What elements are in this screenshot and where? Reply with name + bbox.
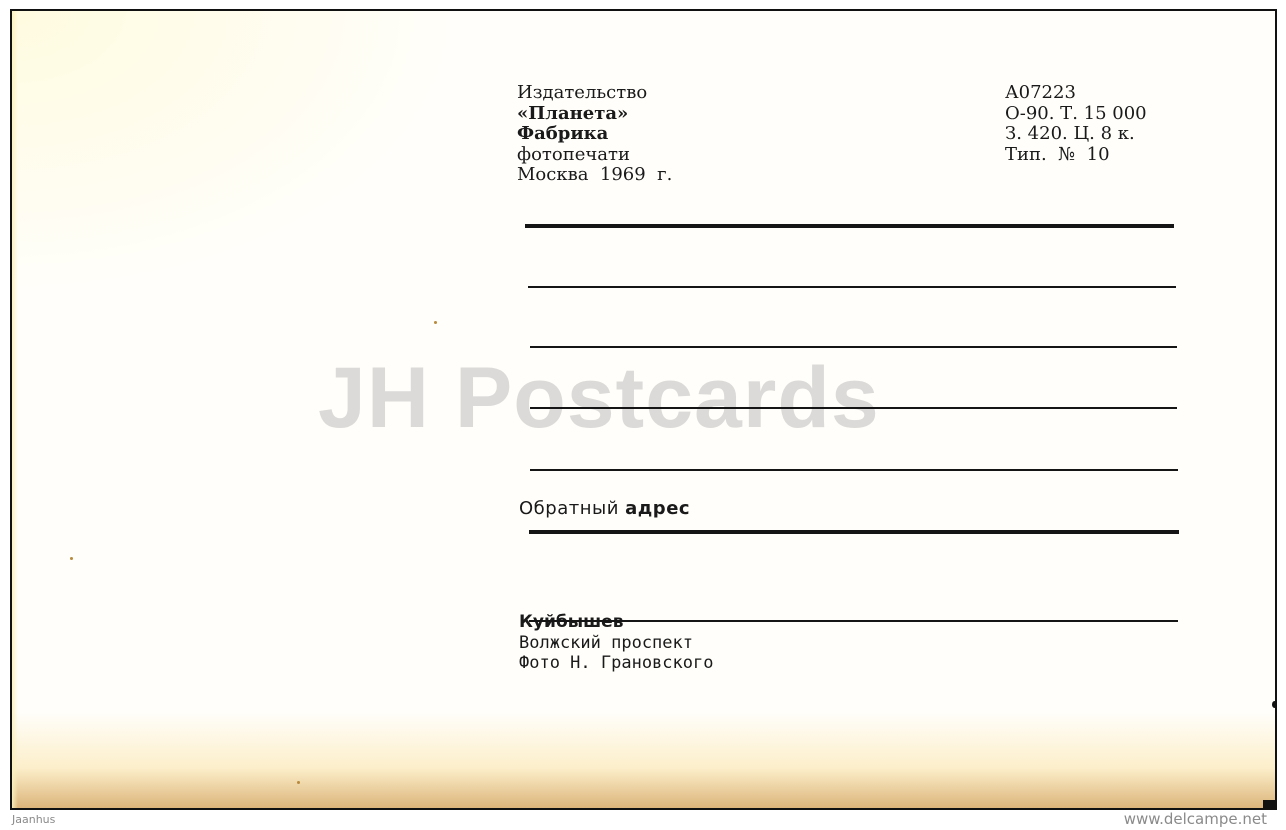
publisher-name: «Планета» bbox=[517, 104, 672, 125]
return-address-line bbox=[529, 530, 1179, 534]
paper-speck bbox=[1272, 701, 1277, 708]
return-address-label-regular: Обратный bbox=[519, 498, 619, 519]
paper-speck bbox=[434, 321, 437, 324]
paper-speck bbox=[70, 557, 73, 560]
address-line bbox=[530, 469, 1178, 471]
watermark: JH Postcards bbox=[318, 355, 880, 441]
return-address-label-bold: адрес bbox=[625, 498, 690, 519]
corner-mark bbox=[1263, 800, 1277, 810]
publisher-info: Издательство «Планета» Фабрика фотопечат… bbox=[517, 83, 672, 186]
return-address-label: Обратный адрес bbox=[519, 498, 690, 519]
publisher-line: Издательство bbox=[517, 83, 672, 104]
code-line: А07223 bbox=[1005, 83, 1147, 104]
address-line bbox=[530, 407, 1177, 409]
caption-street: Волжский проспект bbox=[519, 633, 713, 654]
caption-photo-credit: Фото Н. Грановского bbox=[519, 653, 713, 674]
code-line: О-90. Т. 15 000 bbox=[1005, 104, 1147, 125]
publisher-city-year: Москва 1969 г. bbox=[517, 165, 672, 186]
seller-name: Jaanhus bbox=[12, 813, 55, 826]
publisher-line: фотопечати bbox=[517, 145, 672, 166]
caption-city: Куйбышев bbox=[519, 612, 713, 633]
address-line-top bbox=[525, 224, 1174, 228]
return-address-line bbox=[529, 620, 1178, 622]
code-line: Тип. № 10 bbox=[1005, 145, 1147, 166]
paper-speck bbox=[297, 781, 300, 784]
address-line bbox=[528, 286, 1176, 288]
address-line bbox=[530, 346, 1177, 348]
code-line: З. 420. Ц. 8 к. bbox=[1005, 124, 1147, 145]
print-codes: А07223 О-90. Т. 15 000 З. 420. Ц. 8 к. Т… bbox=[1005, 83, 1147, 165]
publisher-line: Фабрика bbox=[517, 124, 672, 145]
site-link[interactable]: www.delcampe.net bbox=[1124, 810, 1267, 828]
